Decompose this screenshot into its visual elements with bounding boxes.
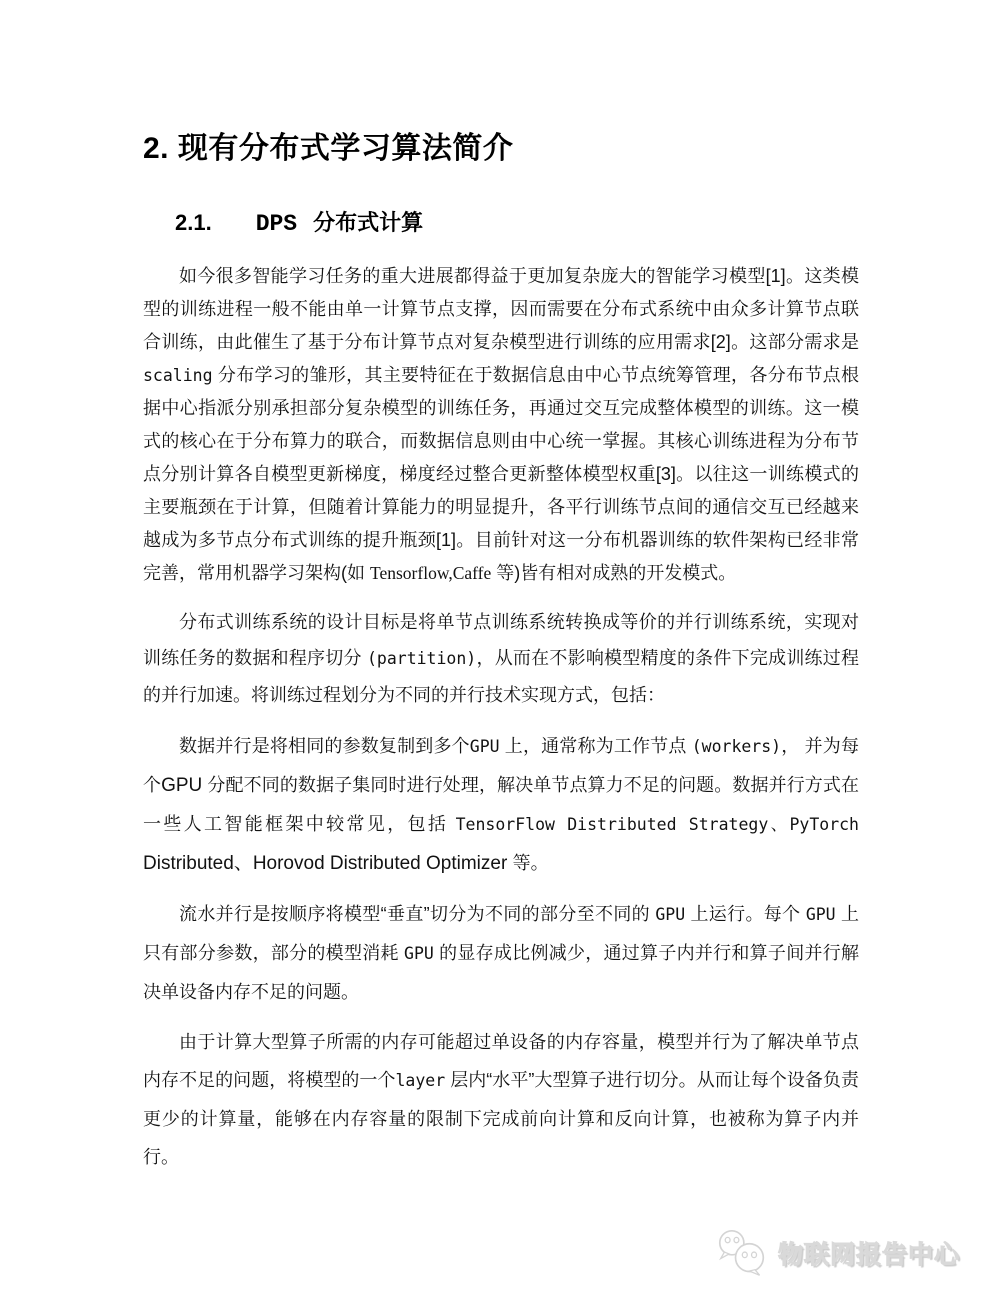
latin-term-workers: (workers) bbox=[692, 737, 781, 756]
section-number: 2.1. bbox=[175, 210, 212, 235]
latin-term-layer: layer bbox=[396, 1071, 446, 1090]
latin-term-gpu: GPU bbox=[161, 775, 202, 796]
latin-term-horovod: Distributed、Horovod Distributed Optimize… bbox=[143, 853, 513, 874]
latin-term-tf-strategy: TensorFlow Distributed Strategy、PyTorch bbox=[456, 815, 859, 834]
latin-term-frameworks: Tensorflow,Caffe bbox=[370, 563, 491, 583]
latin-term-gpu: GPU bbox=[470, 737, 500, 756]
latin-term-partition: (partition) bbox=[367, 649, 476, 668]
paragraph-4: 流水并行是按顺序将模型“垂直”切分为不同的部分至不同的 GPU 上运行。每个 G… bbox=[143, 895, 859, 1011]
text-segment: 等。 bbox=[513, 853, 549, 873]
paragraph-3: 数据并行是将相同的参数复制到多个GPU 上，通常称为工作节点 (workers)… bbox=[143, 727, 859, 883]
section-heading: 2.1.DPS分布式计算 bbox=[175, 211, 859, 236]
paragraph-2: 分布式训练系统的设计目标是将单节点训练系统转换成等价的并行训练系统，实现对训练任… bbox=[143, 604, 859, 713]
paragraph-5: 由于计算大型算子所需的内存可能超过单设备的内存容量，模型并行为了解决单节点内存不… bbox=[143, 1023, 859, 1176]
document-body: 2. 现有分布式学习算法简介 2.1.DPS分布式计算 如今很多智能学习任务的重… bbox=[143, 133, 859, 1188]
text-segment: 分布学习的雏形，其主要特征在于数据信息由中心节点统筹管理，各分布节点根据中心指派… bbox=[143, 365, 859, 583]
section-code: DPS bbox=[256, 211, 297, 237]
latin-term-scaling: scaling bbox=[143, 366, 213, 385]
watermark-label: 物联网报告中心 bbox=[778, 1235, 960, 1271]
body-text: 如今很多智能学习任务的重大进展都得益于更加复杂庞大的智能学习模型[1]。这类模型… bbox=[143, 260, 859, 1176]
latin-term-gpu: GPU bbox=[806, 905, 836, 924]
wechat-icon bbox=[714, 1228, 770, 1278]
text-segment: 数据并行是将相同的参数复制到多个 bbox=[179, 736, 470, 756]
document-page: { "header": { "title": "2. 现有分布式学习算法简介",… bbox=[0, 0, 1000, 1293]
section-title: 分布式计算 bbox=[313, 210, 423, 235]
text-segment: 等)皆有相对成熟的开发模式。 bbox=[491, 563, 736, 583]
latin-term-gpu: GPU bbox=[655, 905, 685, 924]
latin-term-gpu: GPU bbox=[404, 944, 434, 963]
text-segment: 流水并行是按顺序将模型“垂直”切分为不同的部分至不同的 bbox=[179, 904, 655, 924]
text-segment: 上，通常称为工作节点 bbox=[500, 736, 692, 756]
paragraph-1: 如今很多智能学习任务的重大进展都得益于更加复杂庞大的智能学习模型[1]。这类模型… bbox=[143, 260, 859, 590]
text-segment: 如今很多智能学习任务的重大进展都得益于更加复杂庞大的智能学习模型[1]。这类模型… bbox=[143, 266, 859, 352]
text-segment: 上运行。每个 bbox=[685, 904, 806, 924]
page-title: 2. 现有分布式学习算法简介 bbox=[143, 133, 859, 165]
watermark: 物联网报告中心 bbox=[714, 1228, 960, 1278]
